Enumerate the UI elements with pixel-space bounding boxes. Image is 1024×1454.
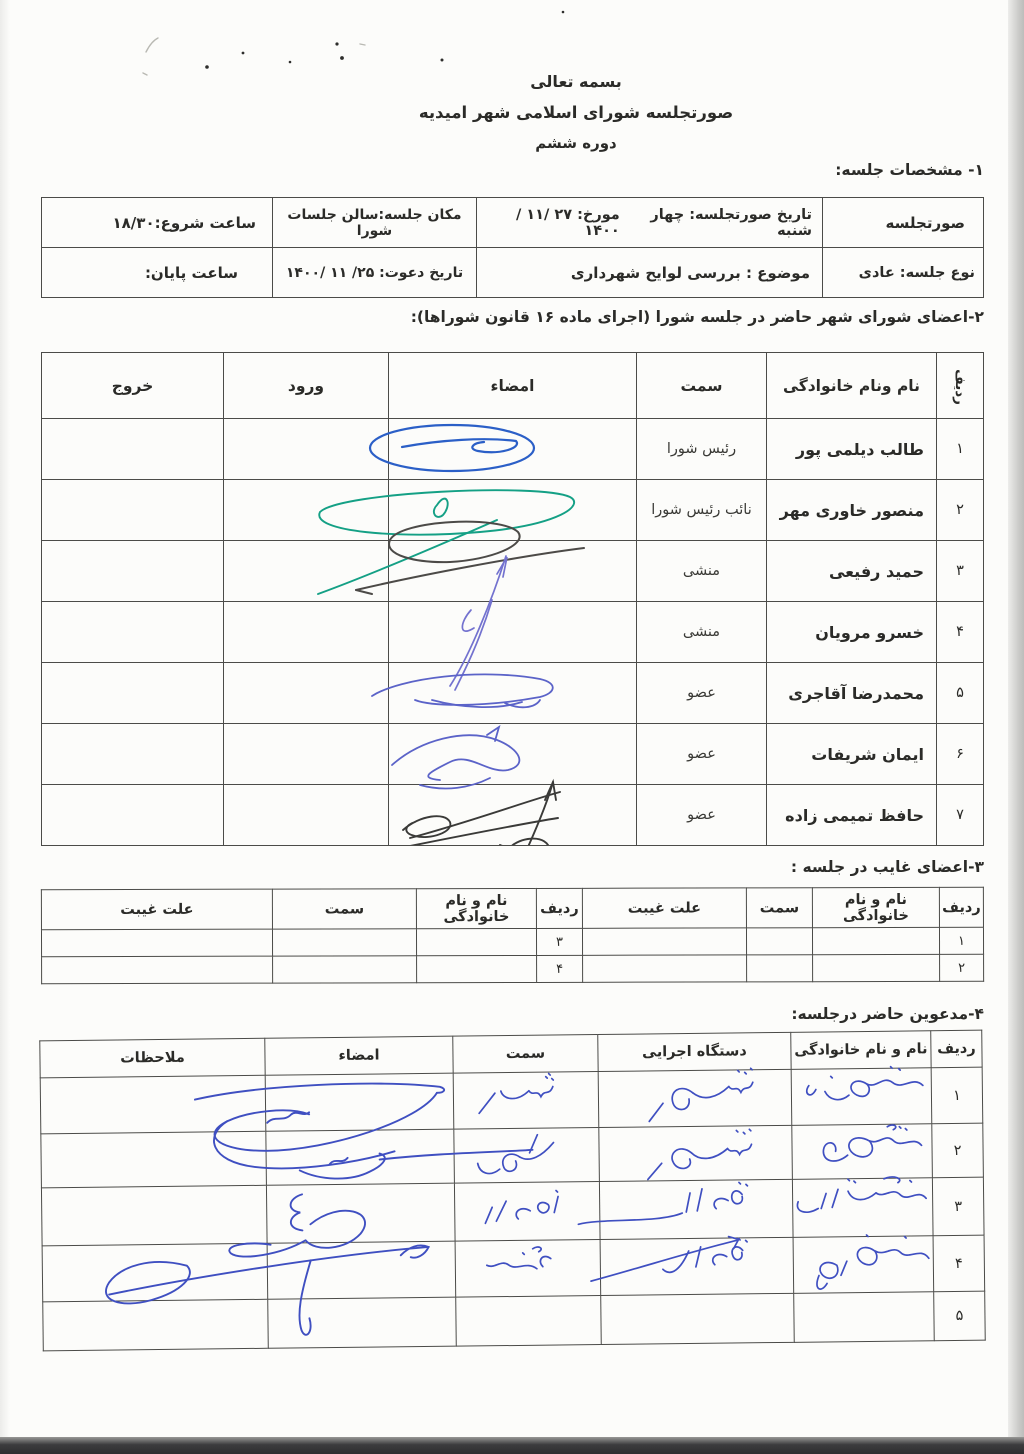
member-row: ۲ منصور خاوری مهر نائب رئیس شورا [42, 480, 984, 541]
document-header: بسمه تعالی صورتجلسه شورای اسلامی شهر امی… [128, 72, 1024, 152]
member-row: ۱ طالب دیلمی پور رئیس شورا [42, 419, 984, 480]
term-line: دوره ششم [128, 134, 1024, 152]
row-number: ۶ [937, 724, 984, 785]
col-row: ردیف [536, 888, 582, 928]
cell-meeting-date: تاریخ صورتجلسه: چهار شنبه مورخ: ۲۷ /۱۱ /… [477, 198, 823, 248]
cell-end-time: ساعت پایان: [42, 248, 273, 298]
col-signature: امضاء [265, 1036, 453, 1075]
member-row: ۵ محمدرضا آقاجری عضو [42, 663, 984, 724]
col-role: سمت [453, 1035, 598, 1074]
row-number: ۵ [934, 1291, 986, 1341]
meeting-date-label: تاریخ صورتجلسه: چهار شنبه [620, 207, 812, 239]
member-row: ۳ حمید رفیعی منشی [42, 541, 984, 602]
meeting-date-value: مورخ: ۲۷ /۱۱ /۱۴۰۰ [487, 207, 620, 239]
member-role: عضو [637, 785, 767, 846]
col-role: سمت [637, 353, 767, 419]
row-number: ۱ [931, 1067, 983, 1124]
member-role: منشی [637, 602, 767, 663]
cell-minutes-label: صورتجلسه [823, 198, 984, 248]
scanned-meeting-minutes-page: { "inks": { "blue": "#2b5fc7", "teal": "… [0, 0, 1024, 1454]
col-entry: ورود [224, 353, 389, 419]
signature-cell [389, 480, 637, 541]
col-absence-reason: علت غیبت [41, 889, 272, 930]
row-number: ۲ [932, 1123, 984, 1178]
bismillah-line: بسمه تعالی [128, 72, 1024, 91]
member-name: حمید رفیعی [767, 541, 937, 602]
scan-edge-left [0, 0, 10, 1454]
member-row: ۴ خسرو مرویان منشی [42, 602, 984, 663]
col-name: نام و نام خانوادگی [791, 1031, 931, 1070]
cell-subject: موضوع : بررسی لوایح شهرداری [477, 248, 823, 298]
signature-cell [389, 663, 637, 724]
col-signature: امضاء [389, 353, 637, 419]
member-role: رئیس شورا [637, 419, 767, 480]
cell-place: مکان جلسه:سالن جلسات شورا [273, 198, 477, 248]
row-number: ۱ [939, 927, 983, 954]
row-number: ۲ [937, 480, 984, 541]
row-number: ۴ [933, 1235, 985, 1292]
signature-cell [389, 724, 637, 785]
cell-start-time: ساعت شروع:۱۸/۳۰ [42, 198, 273, 248]
meeting-specs-table: صورتجلسه تاریخ صورتجلسه: چهار شنبه مورخ:… [42, 197, 984, 297]
section1-heading: ۱- مشخصات جلسه: [835, 161, 984, 179]
cell-invite-date: تاریخ دعوت: ۲۵/ ۱۱ /۱۴۰۰ [273, 248, 477, 298]
member-role: عضو [637, 724, 767, 785]
pencil-marks [143, 38, 365, 75]
ink-specks [205, 11, 564, 69]
member-name: منصور خاوری مهر [767, 480, 937, 541]
page-title: صورتجلسه شورای اسلامی شهر امیدیه [128, 103, 1024, 122]
col-agency: دستگاه اجرایی [598, 1032, 791, 1071]
col-name: نام ونام خانوادگی [767, 353, 937, 419]
signature-cell [389, 785, 637, 846]
member-name: خسرو مرویان [767, 602, 937, 663]
member-name: ایمان شریفات [767, 724, 937, 785]
col-row: ردیف [937, 353, 984, 419]
signature-cell [389, 419, 637, 480]
row-number: ۷ [937, 785, 984, 846]
invitee-row: ۳ [41, 1177, 984, 1246]
col-name: نام و نام خانوادگی [812, 887, 939, 927]
col-row: ردیف [939, 887, 983, 927]
member-name: حافظ تمیمی زاده [767, 785, 937, 846]
row-number: ۳ [536, 928, 582, 955]
absent-row: ۲ ۴ [42, 954, 984, 983]
row-number: ۱ [937, 419, 984, 480]
row-number: ۴ [537, 955, 583, 982]
absent-row: ۱ ۳ [41, 927, 983, 956]
section2-heading: ۲-اعضای شورای شهر حاضر در جلسه شورا (اجر… [411, 308, 984, 326]
member-row: ۶ ایمان شریفات عضو [42, 724, 984, 785]
row-number: ۵ [937, 663, 984, 724]
present-members-table: ردیف نام ونام خانوادگی سمت امضاء ورود خر… [42, 352, 984, 845]
absent-members-table: ردیف نام و نام خانوادگی سمت علت غیبت ردی… [42, 887, 984, 983]
col-notes: ملاحظات [40, 1038, 265, 1078]
col-name: نام و نام خانوادگی [416, 888, 536, 928]
row-number: ۴ [937, 602, 984, 663]
member-role: عضو [637, 663, 767, 724]
member-role: منشی [637, 541, 767, 602]
col-exit: خروج [42, 353, 224, 419]
invitees-table: ردیف نام و نام خانوادگی دستگاه اجرایی سم… [40, 1030, 985, 1351]
cell-meeting-type: نوع جلسه: عادی [823, 248, 984, 298]
col-row: ردیف [931, 1030, 982, 1068]
section3-heading: ۳-اعضای غایب در جلسه : [791, 858, 984, 876]
member-name: طالب دیلمی پور [767, 419, 937, 480]
member-name: محمدرضا آقاجری [767, 663, 937, 724]
signature-cell [389, 602, 637, 663]
row-number: ۳ [932, 1177, 984, 1236]
col-role: سمت [272, 889, 416, 929]
col-role: سمت [746, 888, 812, 928]
scan-edge-right [1008, 0, 1024, 1438]
row-number: ۲ [940, 954, 984, 981]
member-row: ۷ حافظ تمیمی زاده عضو [42, 785, 984, 846]
row-number: ۳ [937, 541, 984, 602]
invitee-row: ۵ [43, 1291, 985, 1351]
section4-heading: ۴-مدعوین حاضر درجلسه: [791, 1005, 984, 1023]
signature-cell [389, 541, 637, 602]
scan-edge-bottom [0, 1437, 1024, 1454]
member-role: نائب رئیس شورا [637, 480, 767, 541]
col-absence-reason: علت غیبت [582, 888, 746, 928]
